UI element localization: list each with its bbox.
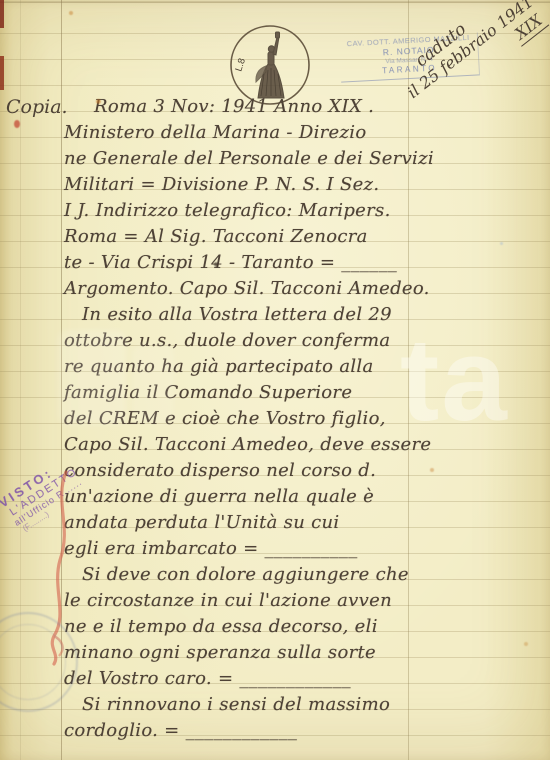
letter-line: considerato disperso nel corso d. xyxy=(64,458,424,484)
bollo-value: L.8 xyxy=(233,57,248,73)
foxing-spot xyxy=(500,242,503,245)
red-edge-mark xyxy=(14,120,20,128)
letter-line: del Vostro caro. = ____________ xyxy=(64,666,424,692)
letter-line: andata perduta l'Unità su cui xyxy=(64,510,424,536)
letter-line: Capo Sil. Tacconi Amedeo, deve essere xyxy=(64,432,424,458)
top-rule-line xyxy=(0,2,550,3)
letter-line: Ministero della Marina - Direzio xyxy=(64,120,424,146)
foxing-spot xyxy=(69,11,73,15)
letter-line: I J. Indirizzo telegrafico: Maripers. xyxy=(64,198,424,224)
foxing-spot xyxy=(524,642,528,646)
letter-line: cordoglio. = ____________ xyxy=(64,718,424,744)
scan-edge-artifact xyxy=(0,0,4,120)
letter-line: Roma = Al Sig. Tacconi Zenocra xyxy=(64,224,424,250)
letter-line: ne Generale del Personale e dei Servizi xyxy=(64,146,424,172)
letter-line: Argomento. Capo Sil. Tacconi Amedeo. xyxy=(64,276,424,302)
letter-line: ne e il tempo da essa decorso, eli xyxy=(64,614,424,640)
scan-watermark-fragment xyxy=(58,330,126,425)
letter-line: Si rinnovano i sensi del massimo xyxy=(64,692,424,718)
scan-watermark-fragment xyxy=(132,345,174,423)
scanned-letter-page: L.8 CAV. DOTT. AMERIGO MAZZILLI R. NOTAI… xyxy=(0,0,550,760)
letter-line: egli era imbarcato = __________ xyxy=(64,536,424,562)
foxing-spot xyxy=(430,468,434,472)
letter-line: un'azione di guerra nella quale è xyxy=(64,484,424,510)
letter-line: minano ogni speranza sulla sorte xyxy=(64,640,424,666)
foxing-spot xyxy=(96,99,101,104)
copy-label: Copia. xyxy=(6,96,68,118)
letter-line: le circostanze in cui l'azione avven xyxy=(64,588,424,614)
letter-line: Si deve con dolore aggiungere che xyxy=(64,562,424,588)
letter-line: te - Via Crispi 14 - Taranto = ______ xyxy=(64,250,424,276)
letter-line: Militari = Divisione P. N. S. I Sez. xyxy=(64,172,424,198)
ink-blot xyxy=(214,262,218,267)
letter-line: In esito alla Vostra lettera del 29 xyxy=(64,302,424,328)
letter-line: Roma 3 Nov: 1941 Anno XIX . xyxy=(64,94,424,120)
